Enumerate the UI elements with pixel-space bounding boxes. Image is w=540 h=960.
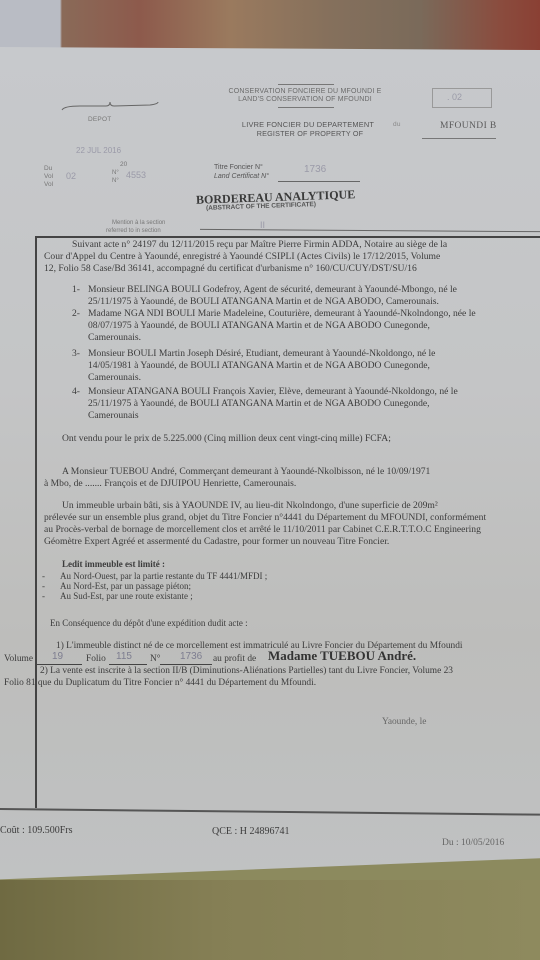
seller-2-line-3: Camerounais. <box>88 332 141 344</box>
property-line-1: Un immeuble urbain bâti, sis à YAOUNDE I… <box>62 500 438 512</box>
depot-label: DEPOT <box>88 116 111 123</box>
office-name-en: LAND'S CONSERVATION OF MFOUNDI <box>215 96 395 103</box>
vol-label-2: Vol <box>44 181 53 188</box>
titre-value: 1736 <box>304 164 326 175</box>
seller-3-num: 3- <box>72 348 80 360</box>
titre-label-en: Land Certificat N° <box>214 173 269 180</box>
property-line-4: Géomètre Expert Agréé et assermenté du C… <box>44 536 389 548</box>
footer-qce: QCE : H 24896741 <box>212 826 290 838</box>
n-value: 1736 <box>180 651 202 662</box>
item-2-line-2: Folio 81 que du Duplicatum du Titre Fonc… <box>4 677 316 689</box>
register-name-fr: LIVRE FONCIER DU DEPARTEMENT <box>228 120 388 129</box>
seller-3-line-2: 14/05/1981 à Yaoundé, de BOULI ATANGANA … <box>88 360 430 372</box>
beneficiary-name: Madame TUEBOU André. <box>268 650 416 662</box>
footer-date: Du : 10/05/2016 <box>442 837 504 849</box>
background-top <box>0 0 540 55</box>
property-line-2: prélevée sur un ensemble plus grand, obj… <box>44 512 486 524</box>
depot-date: 22 JUL 2016 <box>76 146 121 155</box>
seller-4-line-1: Monsieur ATANGANA BOULI François Xavier,… <box>88 386 458 398</box>
limit-3: Au Sud-Est, par une route existante ; <box>60 590 193 602</box>
seller-2-line-2: 08/07/1975 à Yaoundé, de BOULI ATANGANA … <box>88 320 430 332</box>
register-du: du <box>393 121 401 128</box>
background-table-surface <box>0 880 540 960</box>
office-name-fr: CONSERVATION FONCIERE DU MFOUNDI E <box>215 88 395 95</box>
seller-2-line-1: Madame NGA NDI BOULI Marie Madeleine, Co… <box>88 308 476 320</box>
intro-line-2: Cour d'Appel du Centre à Yaoundé, enregi… <box>44 251 440 263</box>
seller-1-line-2: 25/11/1975 à Yaoundé, de BOULI ATANGANA … <box>88 296 439 308</box>
section-value: II <box>260 220 265 230</box>
property-line-3: au Procès-verbal de bornage de morcellem… <box>44 524 481 536</box>
vol-label: Vol <box>44 173 53 180</box>
register-name-en: REGISTER OF PROPERTY OF <box>240 129 380 138</box>
titre-underline <box>278 181 360 182</box>
buyer-line-2: à Mbo, de ....... François et de DJUIPOU… <box>44 478 296 490</box>
no-label-2: N° <box>112 178 119 184</box>
intro-line-1: Suivant acte n° 24197 du 12/11/2015 reçu… <box>72 239 447 251</box>
limits-heading: Ledit immeuble est limité : <box>62 558 165 570</box>
intro-line-3: 12, Folio 58 Case/Bd 36141, accompagné d… <box>44 263 417 275</box>
consequence-heading: En Conséquence du dépôt d'une expédition… <box>50 617 248 629</box>
seller-3-line-1: Monsieur BOULI Martin Joseph Désiré, Etu… <box>88 348 435 360</box>
seller-1-num: 1- <box>72 284 80 296</box>
n-label: N° <box>150 653 161 665</box>
item-2-line-1: 2) La vente est inscrite à la section II… <box>40 665 453 677</box>
du-label: Du <box>44 165 52 172</box>
seller-4-num: 4- <box>72 386 80 398</box>
seller-4-line-2: 25/11/1975 à Yaoundé, de BOULI ATANGANA … <box>88 398 430 410</box>
volume-value: 19 <box>52 651 63 662</box>
no-label: N° <box>112 170 119 176</box>
seller-3-line-3: Camerounais. <box>88 372 141 384</box>
header-rule <box>278 107 334 108</box>
beneficiary-prefix: au profit de <box>213 653 256 665</box>
titre-label-fr: Titre Foncier N° <box>214 164 263 171</box>
place-date: Yaounde, le <box>382 716 426 728</box>
limit-bullet: - <box>42 590 45 602</box>
folio-value: 115 <box>116 651 132 662</box>
vol-value: 02 <box>66 171 76 181</box>
seller-4-line-3: Camerounais <box>88 410 139 422</box>
volume-label: Volume <box>4 653 33 665</box>
year-label: 20 <box>120 161 127 168</box>
header-rule <box>278 84 334 85</box>
depot-brace-icon <box>60 100 160 112</box>
reference-box-value: . 02 <box>447 92 462 102</box>
reference-box: . 02 <box>432 88 492 108</box>
seller-1-line-1: Monsieur BELINGA BOULI Godefroy, Agent d… <box>88 284 457 296</box>
mention-label-en: referred to in section <box>106 228 161 234</box>
footer-cost: Coût : 109.500Frs <box>0 825 73 837</box>
department-name: MFOUNDI B <box>440 121 497 131</box>
folio-label: Folio <box>86 653 106 665</box>
seller-2-num: 2- <box>72 308 80 320</box>
no-value: 4553 <box>126 170 146 180</box>
sale-price: Ont vendu pour le prix de 5.225.000 (Cin… <box>62 433 391 445</box>
department-underline <box>422 138 496 139</box>
mention-label-fr: Mention à la section <box>112 220 165 226</box>
buyer-line-1: A Monsieur TUEBOU André, Commerçant deme… <box>62 466 430 478</box>
